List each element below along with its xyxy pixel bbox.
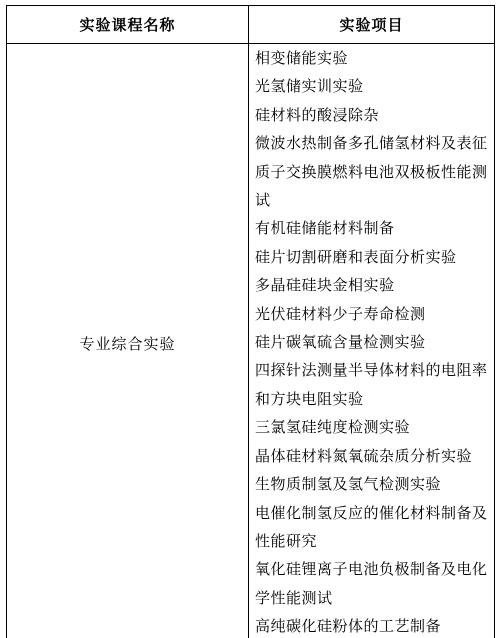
table-row: 专业综合实验 相变储能实验光氢储实训实验硅材料的酸浸除杂微波水热制备多孔储氢材料… [7,44,495,638]
experiment-item: 晶体硅材料氮氧硫杂质分析实验 [255,443,490,471]
header-course-name: 实验课程名称 [7,6,249,44]
experiment-item: 生物质制氢及氢气检测实验 [255,471,490,499]
experiment-item: 三氯氢硅纯度检测实验 [255,414,490,442]
document-page: 实验课程名称 实验项目 专业综合实验 相变储能实验光氢储实训实验硅材料的酸浸除杂… [0,0,499,638]
experiment-items-cell: 相变储能实验光氢储实训实验硅材料的酸浸除杂微波水热制备多孔储氢材料及表征质子交换… [249,44,495,638]
experiment-item: 微波水热制备多孔储氢材料及表征 [255,130,490,158]
experiment-item: 有机硅储能材料制备 [255,215,490,243]
experiment-item: 电催化制氢反应的催化材料制备及性能研究 [255,500,490,557]
experiment-item: 相变储能实验 [255,45,490,73]
experiment-item: 光氢储实训实验 [255,73,490,101]
experiment-item: 多晶硅硅块金相实验 [255,272,490,300]
experiment-item: 光伏硅材料少子寿命检测 [255,301,490,329]
table-header-row: 实验课程名称 实验项目 [7,6,495,44]
experiment-item: 硅材料的酸浸除杂 [255,102,490,130]
experiment-course-table: 实验课程名称 实验项目 专业综合实验 相变储能实验光氢储实训实验硅材料的酸浸除杂… [6,5,495,638]
experiment-item: 氧化硅锂离子电池负极制备及电化学性能测试 [255,556,490,613]
experiment-item: 四探针法测量半导体材料的电阻率和方块电阻实验 [255,357,490,414]
experiment-item: 硅片碳氧硫含量检测实验 [255,329,490,357]
course-name-cell: 专业综合实验 [7,44,249,638]
experiment-item: 高纯碳化硅粉体的工艺制备 [255,613,490,638]
table-body: 专业综合实验 相变储能实验光氢储实训实验硅材料的酸浸除杂微波水热制备多孔储氢材料… [7,44,495,638]
header-experiment-items: 实验项目 [249,6,495,44]
experiment-item: 质子交换膜燃料电池双极板性能测试 [255,159,490,216]
experiment-item: 硅片切割研磨和表面分析实验 [255,244,490,272]
